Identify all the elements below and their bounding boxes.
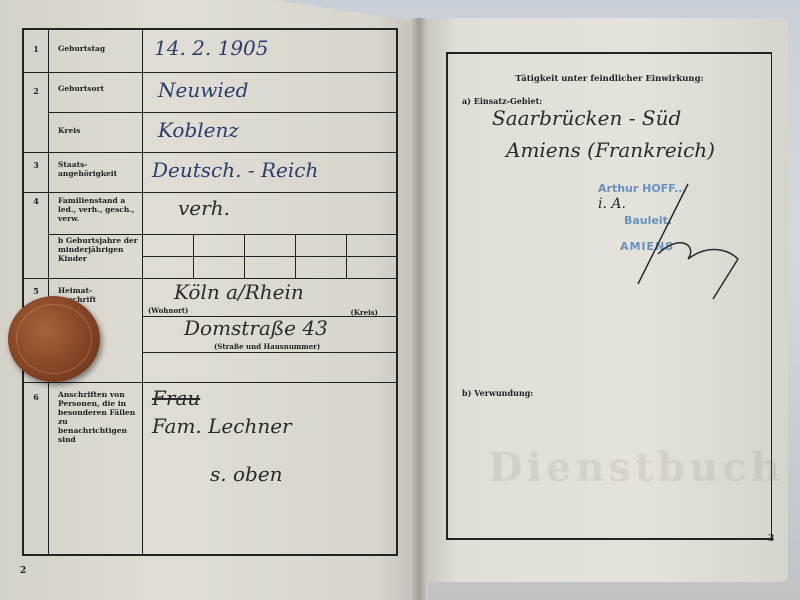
birthplace-value: Neuwied [158, 78, 248, 102]
personal-data-table: 1 Geburtstag 14. 2. 1905 Geburtsort Neuw… [22, 28, 398, 556]
district-value: Koblenz [158, 118, 239, 142]
coin-icon [8, 296, 100, 382]
birthday-value: 14. 2. 1905 [154, 36, 269, 60]
divider [295, 234, 296, 278]
page-number-right: 3 [768, 534, 774, 544]
field-label: Geburtsort [58, 84, 104, 93]
section-title: Tätigkeit unter feindlicher Einwirkung: [448, 74, 771, 84]
row-birthplace: Geburtsort Neuwied [48, 72, 396, 113]
field-label: Familienstand a led., verh., gesch., ver… [58, 196, 140, 223]
contact-value: Fam. Lechner [152, 414, 292, 438]
wound-label: b) Verwundung: [462, 388, 533, 398]
struck-value: Frau [152, 386, 200, 410]
marital-status-value: verh. [178, 196, 230, 220]
row-number: 6 [24, 392, 48, 402]
field-label: b Geburtsjahre der minderjährigen Kinder [58, 236, 138, 263]
deployment-line-2: Amiens (Frankreich) [506, 138, 715, 162]
divider [346, 234, 347, 278]
field-label: Kreis [58, 126, 80, 135]
enemy-action-box: Tätigkeit unter feindlicher Einwirkung: … [446, 52, 772, 540]
row-number: 3 [24, 160, 48, 170]
divider [193, 234, 194, 278]
signature-icon [618, 174, 758, 304]
watermark: Dienstbuch [488, 444, 784, 491]
row-number: 1 [24, 44, 48, 54]
row-number: 5 [24, 286, 48, 296]
field-label: Staats-angehörigkeit [58, 160, 138, 178]
field-label: Geburtstag [58, 44, 105, 53]
row-emergency-contacts: 6 Anschriften von Personen, die in beson… [24, 382, 396, 554]
divider [244, 234, 245, 278]
deployment-line-1: Saarbrücken - Süd [492, 106, 681, 130]
row-children-birth-years: b Geburtsjahre der minderjährigen Kinder [48, 234, 396, 279]
row-nationality: 3 Staats-angehörigkeit Deutsch. - Reich [24, 152, 396, 193]
nationality-value: Deutsch. - Reich [152, 158, 318, 182]
book-gutter [410, 18, 428, 600]
page-number-left: 2 [20, 566, 26, 576]
field-label: Anschriften von Personen, die in besonde… [58, 390, 138, 444]
row-number: 2 [24, 86, 48, 96]
row-district: Kreis Koblenz [48, 112, 396, 153]
row-marital-status: Familienstand a led., verh., gesch., ver… [48, 192, 396, 235]
deployment-label: a) Einsatz-Gebiet: [462, 96, 542, 106]
contact-note: s. oben [210, 462, 283, 486]
row-birthday: 1 Geburtstag 14. 2. 1905 [24, 30, 396, 73]
residence-value: Köln a/Rhein [174, 280, 304, 304]
row-number: 4 [24, 196, 48, 206]
street-caption: (Straße und Hausnummer) [214, 342, 320, 351]
residence-caption: (Wohnort) [148, 306, 188, 315]
street-value: Domstraße 43 [184, 316, 328, 340]
